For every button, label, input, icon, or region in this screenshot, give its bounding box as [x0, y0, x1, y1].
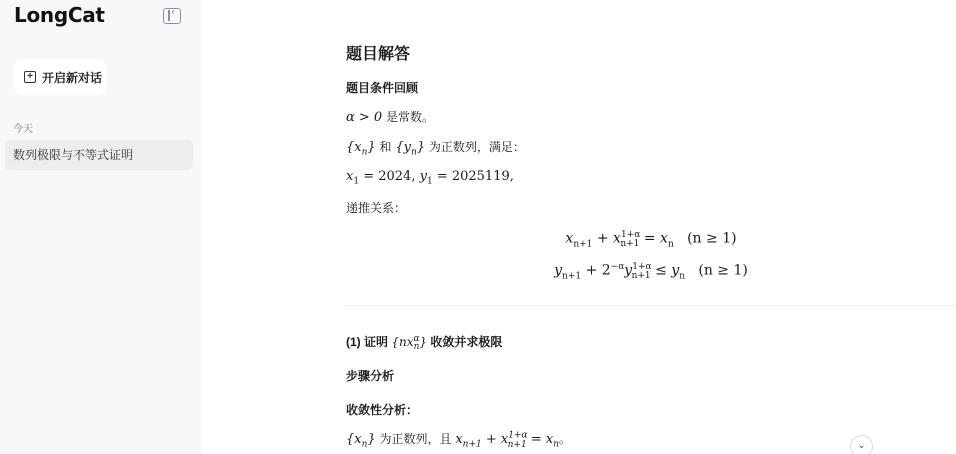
sidebar-collapse-icon[interactable]: ‹ [163, 8, 181, 24]
initial-values-line: x1 = 2024, y1 = 2025119, [346, 168, 514, 187]
panel-divider [168, 10, 170, 21]
equation-y-recurrence: yn+1 + 2−αy1+αn+1 ≤ yn (n ≥ 1) [346, 262, 956, 281]
new-chat-icon: + [24, 71, 36, 83]
section-divider [346, 305, 956, 306]
steps-heading: 步骤分析 [346, 367, 394, 384]
scroll-to-bottom-button[interactable]: ⌄ [850, 435, 873, 454]
alpha-line: α > 0 是常数。 [346, 108, 434, 125]
logo: LongCat [14, 3, 105, 27]
new-chat-label: 开启新对话 [42, 69, 102, 86]
convergence-line: {xn} 为正数列，且 xn+1 + x1+αn+1 = xn。 [346, 430, 571, 450]
convergence-heading: 收敛性分析： [346, 401, 418, 418]
equation-x-recurrence: xn+1 + x1+αn+1 = xn (n ≥ 1) [346, 230, 956, 249]
section-conditions-heading: 题目条件回顾 [346, 79, 418, 96]
history-section-today: 今天 [13, 120, 33, 135]
chevron-left-icon: ‹ [171, 7, 175, 18]
answer-title: 题目解答 [346, 41, 410, 64]
chat-main: 题目解答 题目条件回顾 α > 0 是常数。 {xn} 和 {yn} 为正数列，… [201, 0, 956, 454]
chevron-down-icon: ⌄ [857, 440, 865, 451]
recurrence-label: 递推关系： [346, 199, 406, 216]
new-chat-button[interactable]: + 开启新对话 [13, 59, 107, 95]
history-item[interactable]: 数列极限与不等式证明 [5, 140, 193, 170]
sequence-line: {xn} 和 {yn} 为正数列，满足： [346, 138, 525, 158]
part1-heading: (1) 证明 {nxαn} 收敛并求极限 [346, 333, 502, 352]
sidebar: LongCat ‹ + 开启新对话 今天 数列极限与不等式证明 [0, 0, 201, 454]
